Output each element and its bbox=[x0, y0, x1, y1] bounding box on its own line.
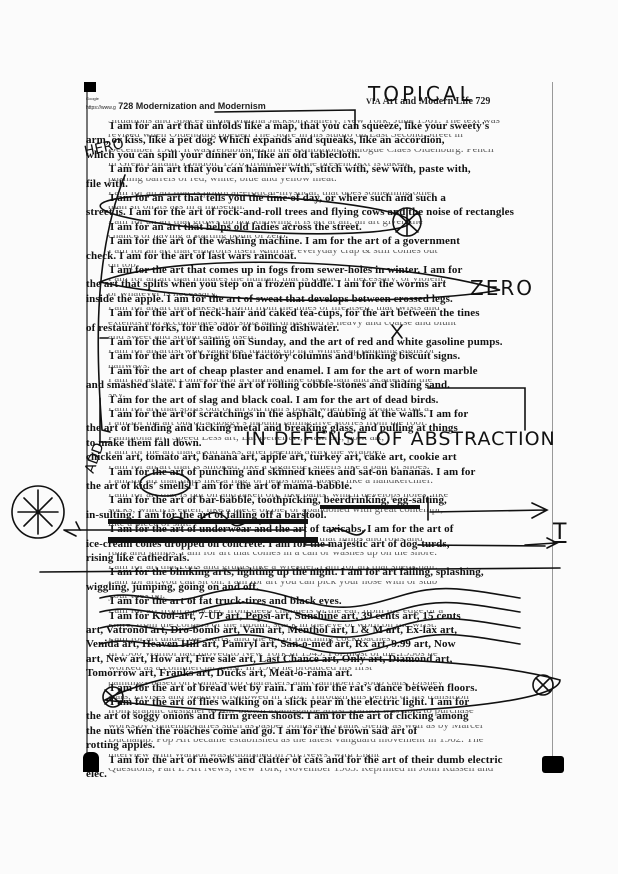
overlaid-text: or whatever is necessary. bbox=[108, 293, 218, 299]
text-line: I am for the art of bar-babble, toothpic… bbox=[86, 494, 556, 506]
scan-mark-bottom-left bbox=[83, 752, 99, 772]
overlaid-text: I am for an artist who vanishes, turning… bbox=[108, 350, 435, 356]
overlaid-text: worked as a commercial artist. In 1960 h… bbox=[108, 667, 372, 673]
overlaid-text: stars, Elvises and Marilyns followed in … bbox=[108, 696, 469, 702]
text-line: file with.pushing barrels of red, white,… bbox=[86, 178, 556, 190]
overlaid-text: socks, which is eaten, like a piece of p… bbox=[108, 509, 443, 515]
overlaid-text: from graphic designer to full-blown avan… bbox=[108, 710, 474, 716]
annotation-topical: TOPICAL bbox=[368, 82, 474, 106]
text-line: I am for the blinking arts, lighting up … bbox=[86, 566, 556, 578]
overlaid-text: I am for an art that is smoked, like a c… bbox=[108, 466, 430, 472]
text-line: I am for an art that tells you the time … bbox=[86, 192, 556, 204]
text-line: wiggling, jumping, going on and off.I am… bbox=[86, 581, 556, 593]
overlaid-text: like a piece of shit. bbox=[108, 523, 191, 529]
annotation-zero: ZERO bbox=[470, 276, 534, 300]
overlaid-text: December 1961. It was republished in the… bbox=[108, 149, 494, 155]
header-left-title: Modernization and Modernism bbox=[136, 101, 266, 111]
overlaid-text: I am for an art that imitates the human,… bbox=[108, 278, 446, 284]
overlaid-text: Situations and Spaces at the Martha Jack… bbox=[108, 120, 500, 126]
overlaid-text: interview with Warhol was published in A… bbox=[108, 754, 379, 760]
text-line: I am for the art of cheap plaster and en… bbox=[86, 365, 556, 377]
overlaid-text: hallways. bbox=[108, 365, 150, 371]
overlaid-text: In 1960 Warhol had moved to New York in … bbox=[108, 653, 438, 659]
text-line: street is. I am for the art of rock-and-… bbox=[86, 206, 556, 218]
text-line: I am for the art of scratchings in the a… bbox=[86, 408, 556, 420]
scan-mark-bottom-right bbox=[542, 756, 564, 773]
overlaid-text: and sweet and stupid as life itself. bbox=[108, 336, 257, 342]
overlaid-text: extends and accumulates and spits and dr… bbox=[108, 322, 456, 328]
text-line: I am for an art that you can hammer with… bbox=[86, 163, 556, 175]
overlaid-text: runs and jumps. I am for art that comes … bbox=[108, 552, 437, 558]
text-line: art, Vatronol art, Dro-bomb art, Vam art… bbox=[86, 624, 556, 636]
text-line: I am for an art that helps old ladies ac… bbox=[86, 221, 556, 233]
header-left-page-number: 728 bbox=[118, 101, 133, 111]
text-line: ice-cream cones dropped on concrete. I a… bbox=[86, 538, 556, 550]
text-line: check. I am for the art of last wars rai… bbox=[86, 250, 556, 262]
text-line: in-sulting. I am for the art of falling … bbox=[86, 509, 556, 521]
text-line: rising like cathedrals.runs and jumps. I… bbox=[86, 552, 556, 564]
text-line: art, New art, How art, Fire sale art, La… bbox=[86, 653, 556, 665]
overlaid-text: I am for an art that is political-erotic… bbox=[108, 192, 435, 198]
overlaid-text: I am for an art that embroils itself wit… bbox=[108, 250, 438, 256]
scan-mark-top-left bbox=[84, 82, 96, 92]
text-line: elec.Questions, Part I. Art News, New Yo… bbox=[86, 768, 556, 780]
overlaid-text: I am for an art that grows up not knowin… bbox=[108, 221, 423, 227]
primary-text: I am for the art of slag and black coal.… bbox=[86, 394, 439, 406]
text-line: of restaurant forks, for the odor of boi… bbox=[86, 322, 556, 334]
text-line: I am for the art that comes up in fogs f… bbox=[86, 264, 556, 276]
running-header-left: Google https://www.g 728 Modernization a… bbox=[86, 96, 266, 111]
overlaid-text: I am for an art that takes its form from… bbox=[108, 307, 440, 313]
overlaid-text: I am for art you can sit on. I am for ar… bbox=[108, 581, 437, 587]
overlaid-text: knife, from the corners of the mouth, st… bbox=[108, 624, 437, 630]
text-line: I am for the art of punching and skinned… bbox=[86, 466, 556, 478]
overlaid-text: I am for art that comes out of a chimney… bbox=[108, 379, 432, 385]
text-line: I am for the art of bread wet by rain. I… bbox=[86, 682, 556, 694]
text-line: I am for the art of flies walking on a s… bbox=[86, 696, 556, 708]
text-line: and smashed slate. I am for the art of r… bbox=[86, 379, 556, 391]
text-line: I am for the art of fat truck-tires and … bbox=[86, 595, 556, 607]
overlaid-text: I am for art that flaps like a flag, or … bbox=[108, 480, 433, 486]
text-line: I am for the art of slag and black coal.… bbox=[86, 394, 556, 406]
annotation-in-defense-of-abstraction: IN DEFENSE OF ABSTRACTION bbox=[245, 428, 556, 450]
text-line: the nuts when the roaches come and go. I… bbox=[86, 725, 556, 737]
text-line: the art of kids' smells. I am for the ar… bbox=[86, 480, 556, 492]
text-line: I am for the art of sailing on Sunday, a… bbox=[86, 336, 556, 348]
overlaid-text: I am for art under the skirts, and the a… bbox=[108, 638, 393, 644]
text-line: Venida art, Heaven Hill art, Pamryl art,… bbox=[86, 638, 556, 650]
text-line: I am for Kool-art, 7-UP art, Pepsi-art, … bbox=[86, 610, 556, 622]
overlaid-text: chance of having a starting point of zer… bbox=[108, 235, 288, 241]
overlaid-text: revised when Oldenburg opened The Store … bbox=[108, 134, 463, 140]
text-line: I am for the art of meowls and clatter o… bbox=[86, 754, 556, 766]
scanned-book-page: Google https://www.g 728 Modernization a… bbox=[86, 82, 556, 772]
overlaid-text: pushing barrels of red, white, blue and … bbox=[108, 178, 337, 184]
text-line: Tomorrow art, Franks art, Ducks art, Mea… bbox=[86, 667, 556, 679]
text-line: I am for an art that unfolds like a map,… bbox=[86, 120, 556, 132]
overlaid-text: in Great Britain, London, 1970, from whi… bbox=[108, 163, 410, 169]
text-line: I am for the art of the washing machine.… bbox=[86, 235, 556, 247]
text-line: arm, or kiss, like a pet dog. Which expa… bbox=[86, 134, 556, 146]
overlaid-text: works by contemporaries such as Jasper J… bbox=[108, 725, 483, 731]
text-line: chicken art, tomato art, banana art, app… bbox=[86, 451, 556, 463]
overlaid-text: than sit on its ass in a museum. bbox=[108, 206, 245, 212]
overlaid-text: on top. bbox=[108, 264, 139, 270]
overlaid-text: I am for art that is put on and taken of… bbox=[108, 494, 448, 500]
overlaid-text: I am for art that coils and grunts like … bbox=[108, 566, 438, 572]
header-right-page-number: 729 bbox=[475, 96, 490, 107]
overlaid-text: I am for art from a pocket, from deep ch… bbox=[108, 610, 443, 616]
text-line: I am for the art of underwear and the ar… bbox=[86, 523, 556, 535]
overlaid-text: Duchamp. Pop Art became established as t… bbox=[108, 739, 484, 745]
text-line: I am for the art of bright blue factory … bbox=[86, 350, 556, 362]
text-line: which you can spill your dinner on, like… bbox=[86, 149, 556, 161]
overlaid-text: I am for the art that a kid licks, after… bbox=[108, 451, 385, 457]
overlaid-text: your toes on. bbox=[108, 595, 165, 601]
primary-text: I am for the art that comes up in fogs f… bbox=[86, 264, 462, 276]
overlaid-text: paintings based on comic-strip character… bbox=[108, 682, 443, 688]
overlaid-text: I am for art that spills out of an old m… bbox=[108, 408, 429, 414]
header-url: https://www.g bbox=[86, 105, 116, 111]
text-line: the art of soggy onions and firm green s… bbox=[86, 710, 556, 722]
text-line: rotting apples.Duchamp. Pop Art became e… bbox=[86, 739, 556, 751]
overlaid-text: sky. bbox=[108, 394, 125, 400]
text-line: I am for the art of neck-hair and caked … bbox=[86, 307, 556, 319]
overlaid-text: Questions, Part I. Art News, New York, N… bbox=[108, 768, 493, 774]
overlaid-text: I am for art covered with bandages. I am… bbox=[108, 538, 423, 544]
annotation-t-mark: T bbox=[553, 520, 566, 545]
